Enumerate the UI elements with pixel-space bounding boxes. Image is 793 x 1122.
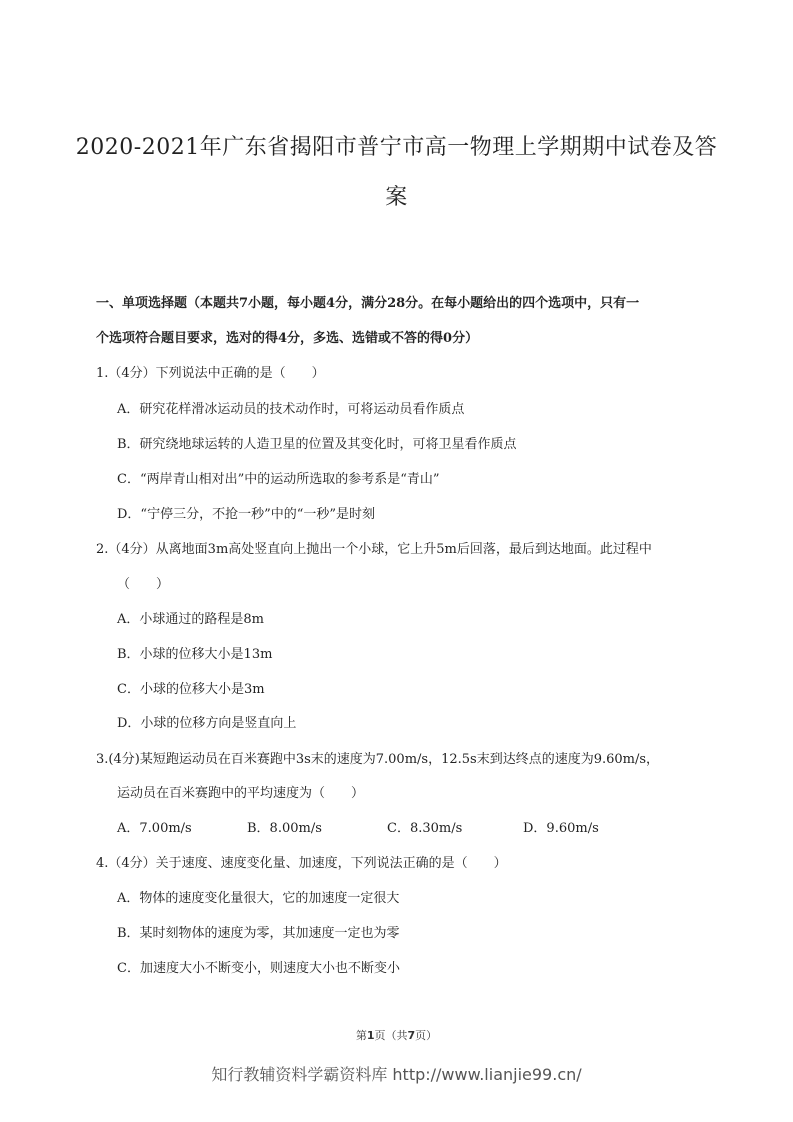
question-stem-3: 3.(4分)某短跑运动员在百米赛跑中3s末的速度为7.00m/s，12.5s末到… (96, 748, 659, 767)
question-1-option-c: C．“两岸青山相对出”中的运动所选取的参考系是“青山” (117, 468, 440, 487)
question-3-option-c: C．8.30m/s (387, 817, 523, 836)
watermark: 知行教辅资料学霸资料库 http://www.lianjie99.cn/ (0, 1062, 793, 1085)
document-title: 2020-2021年广东省揭阳市普宁市高一物理上学期期中试卷及答 (60, 130, 733, 161)
question-2-stem-continued: （ ） (117, 573, 169, 592)
question-4-option-c: C．加速度大小不断变小，则速度大小也不断变小 (117, 957, 400, 976)
question-3-stem-continued: 运动员在百米赛跑中的平均速度为（ ） (117, 782, 364, 801)
section-heading: 一、单项选择题（本题共7小题，每小题4分，满分28分。在每小题给出的四个选项中，… (96, 292, 639, 311)
question-2-option-b: B．小球的位移大小是13m (117, 643, 272, 662)
document-page: 2020-2021年广东省揭阳市普宁市高一物理上学期期中试卷及答 案 一、单项选… (0, 0, 793, 1122)
question-2-option-a: A．小球通过的路程是8m (117, 608, 264, 627)
question-4-option-b: B．某时刻物体的速度为零，其加速度一定也为零 (117, 922, 400, 941)
question-2-option-d: D．小球的位移方向是竖直向上 (117, 712, 296, 731)
question-1-option-d: D．“宁停三分，不抢一秒”中的“一秒”是时刻 (117, 503, 375, 522)
question-1-option-b: B．研究绕地球运转的人造卫星的位置及其变化时，可将卫星看作质点 (117, 433, 517, 452)
page-number: 1 (367, 1029, 375, 1042)
page-footer: 第1页（共7页） (0, 1027, 793, 1043)
question-stem-1: 1.（4分）下列说法中正确的是（ ） (96, 362, 325, 381)
question-3-option-d: D．9.60m/s (523, 817, 599, 836)
question-3-option-a: A．7.00m/s (117, 817, 247, 836)
question-2-option-c: C．小球的位移大小是3m (117, 678, 265, 697)
section-heading-continued: 个选项符合题目要求，选对的得4分，多选、选错或不答的得0分） (96, 327, 478, 346)
page-total: 7 (408, 1029, 416, 1042)
question-3-options: A．7.00m/sB．8.00m/sC．8.30m/sD．9.60m/s (117, 817, 599, 836)
question-4-option-a: A．物体的速度变化量很大，它的加速度一定很大 (117, 887, 399, 906)
document-title-continued: 案 (60, 180, 733, 211)
question-3-option-b: B．8.00m/s (247, 817, 387, 836)
question-stem-2: 2.（4分）从离地面3m高处竖直向上抛出一个小球，它上升5m后回落，最后到达地面… (96, 538, 652, 557)
question-stem-4: 4.（4分）关于速度、速度变化量、加速度，下列说法正确的是（ ） (96, 852, 507, 871)
question-1-option-a: A．研究花样滑冰运动员的技术动作时，可将运动员看作质点 (117, 398, 464, 417)
